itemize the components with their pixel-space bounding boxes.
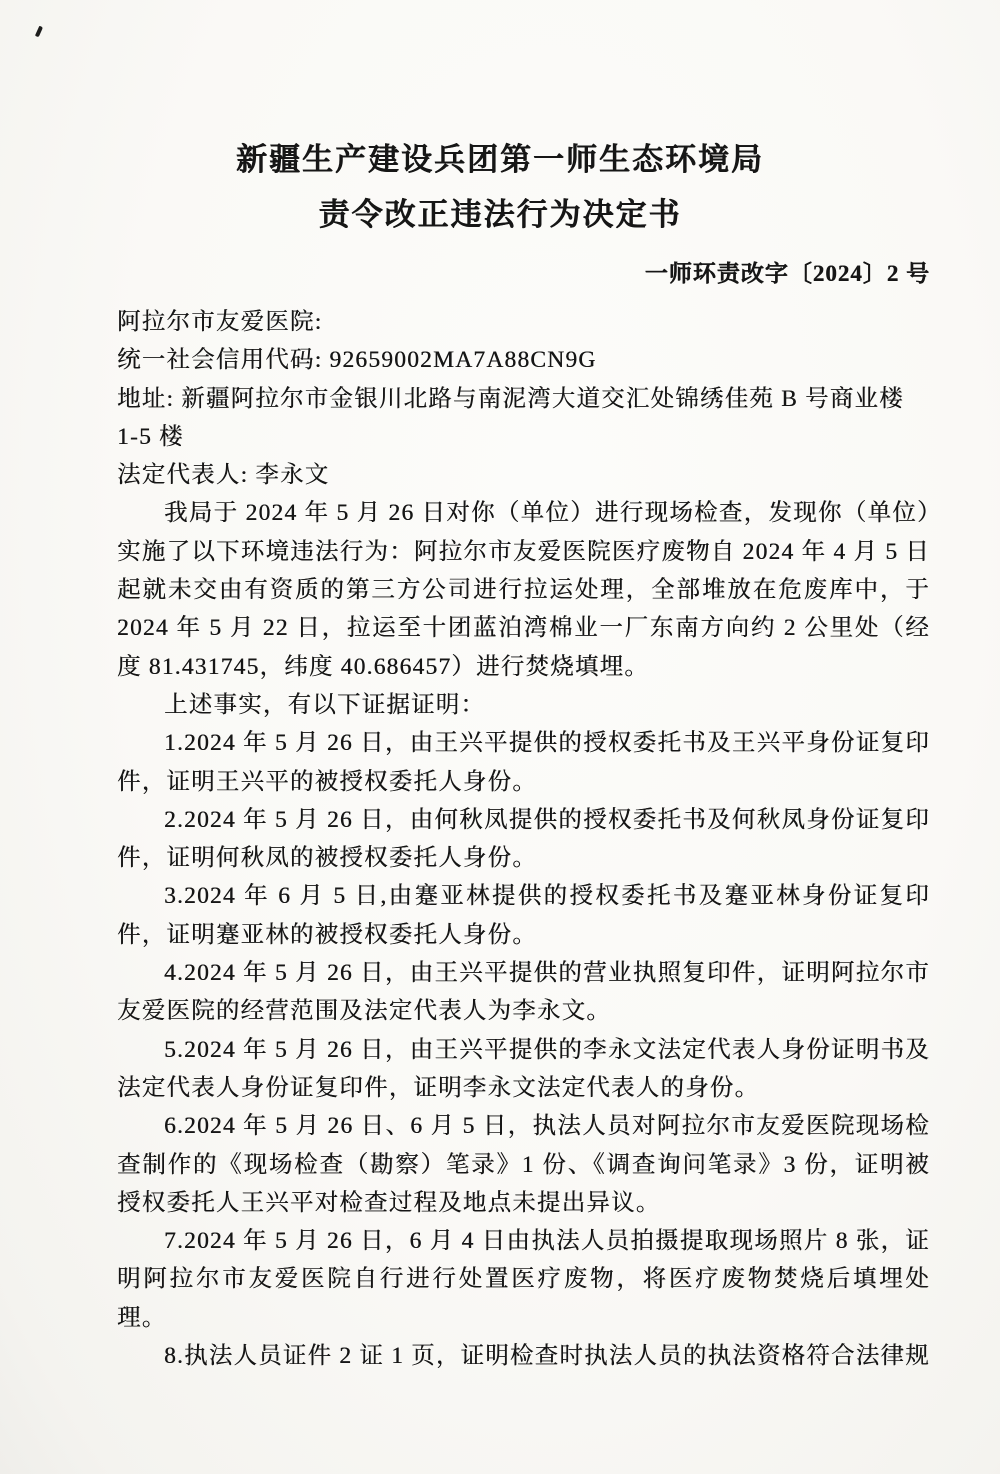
facts-paragraph: 我局于 2024 年 5 月 26 日对你（单位）进行现场检查，发现你（单位）实… <box>117 494 930 685</box>
evidence-item-1: 1.2024 年 5 月 26 日，由王兴平提供的授权委托书及王兴平身份证复印件… <box>117 724 930 801</box>
evidence-item-4: 4.2024 年 5 月 26 日，由王兴平提供的营业执照复印件，证明阿拉尔市友… <box>117 954 930 1031</box>
address-line-1: 地址: 新疆阿拉尔市金银川北路与南泥湾大道交汇处锦绣佳苑 B 号商业楼 <box>117 380 930 418</box>
credit-code-line: 统一社会信用代码: 92659002MA7A88CN9G <box>117 341 930 379</box>
evidence-item-6: 6.2024 年 5 月 26 日、6 月 5 日，执法人员对阿拉尔市友爱医院现… <box>117 1107 930 1222</box>
scanned-document-page: 新疆生产建设兵团第一师生态环境局 责令改正违法行为决定书 一师环责改字〔2024… <box>0 0 1000 1474</box>
document-header: 新疆生产建设兵团第一师生态环境局 责令改正违法行为决定书 <box>0 0 1000 242</box>
document-type-title: 责令改正违法行为决定书 <box>0 187 1000 242</box>
issuing-authority-title: 新疆生产建设兵团第一师生态环境局 <box>0 132 1000 187</box>
document-number: 一师环责改字〔2024〕2 号 <box>0 255 1000 288</box>
evidence-item-7: 7.2024 年 5 月 26 日，6 月 4 日由执法人员拍摄提取现场照片 8… <box>117 1222 930 1337</box>
address-line-2: 1-5 楼 <box>117 418 930 456</box>
legal-representative-line: 法定代表人: 李永文 <box>117 456 930 494</box>
recipient-line: 阿拉尔市友爱医院: <box>117 303 930 341</box>
document-body: 阿拉尔市友爱医院: 统一社会信用代码: 92659002MA7A88CN9G 地… <box>117 303 930 1375</box>
evidence-item-3: 3.2024 年 6 月 5 日,由蹇亚林提供的授权委托书及蹇亚林身份证复印件，… <box>117 877 930 954</box>
evidence-intro-line: 上述事实，有以下证据证明： <box>117 686 930 724</box>
evidence-item-2: 2.2024 年 5 月 26 日，由何秋凤提供的授权委托书及何秋凤身份证复印件… <box>117 801 930 878</box>
evidence-item-5: 5.2024 年 5 月 26 日，由王兴平提供的李永文法定代表人身份证明书及法… <box>117 1031 930 1108</box>
evidence-item-8: 8.执法人员证件 2 证 1 页，证明检查时执法人员的执法资格符合法律规 <box>117 1337 930 1375</box>
